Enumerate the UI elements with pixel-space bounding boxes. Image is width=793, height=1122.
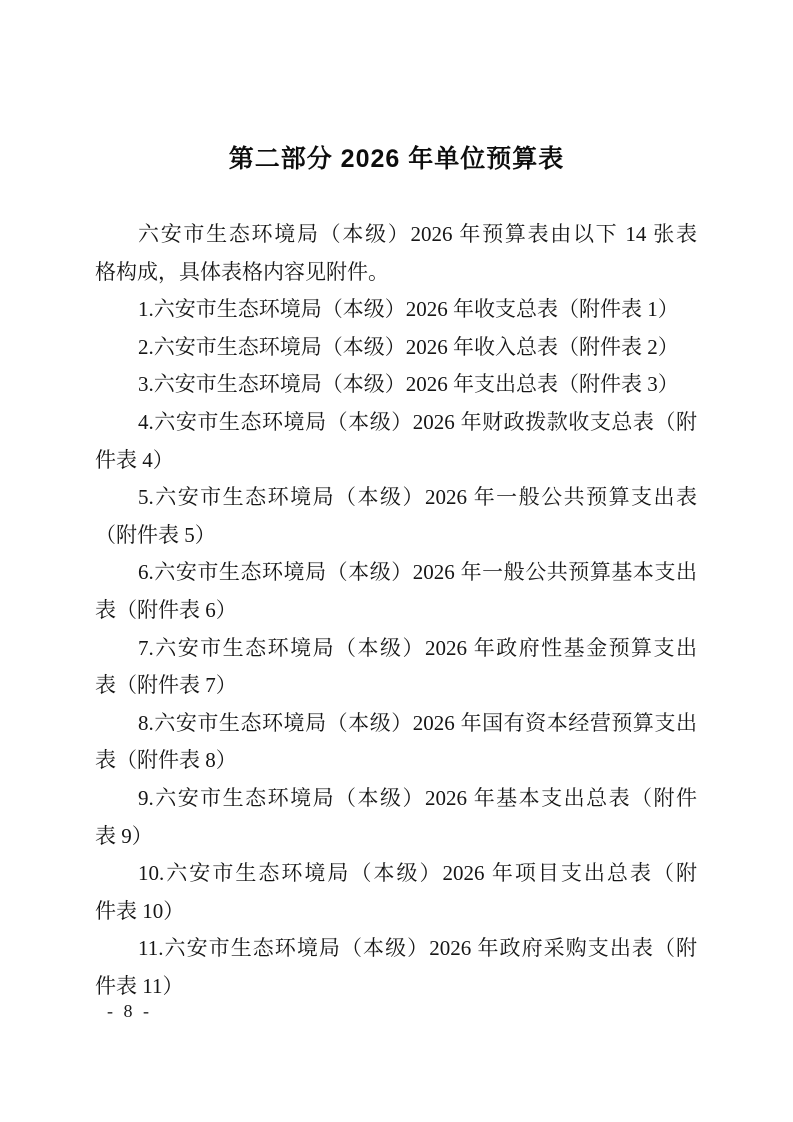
document-page: 第二部分 2026 年单位预算表 六安市生态环境局（本级）2026 年预算表由以… bbox=[0, 0, 793, 1122]
page-number: - 8 - bbox=[107, 999, 149, 1023]
intro-paragraph-line-1: 六安市生态环境局（本级）2026 年预算表由以下 14 张表 bbox=[95, 216, 697, 254]
list-item-5-line-2: （附件表 5） bbox=[95, 517, 697, 555]
document-body: 六安市生态环境局（本级）2026 年预算表由以下 14 张表 格构成，具体表格内… bbox=[95, 216, 697, 1005]
list-item-9-line-1: 9.六安市生态环境局（本级）2026 年基本支出总表（附件 bbox=[95, 780, 697, 818]
list-item-9-line-2: 表 9） bbox=[95, 818, 697, 856]
intro-paragraph-line-2: 格构成，具体表格内容见附件。 bbox=[95, 254, 697, 292]
list-item-8-line-2: 表（附件表 8） bbox=[95, 742, 697, 780]
list-item-7-line-2: 表（附件表 7） bbox=[95, 667, 697, 705]
list-item-4-line-1: 4.六安市生态环境局（本级）2026 年财政拨款收支总表（附 bbox=[95, 404, 697, 442]
list-item-2: 2.六安市生态环境局（本级）2026 年收入总表（附件表 2） bbox=[95, 329, 697, 367]
list-item-6-line-1: 6.六安市生态环境局（本级）2026 年一般公共预算基本支出 bbox=[95, 554, 697, 592]
page-title: 第二部分 2026 年单位预算表 bbox=[0, 142, 793, 176]
list-item-3: 3.六安市生态环境局（本级）2026 年支出总表（附件表 3） bbox=[95, 366, 697, 404]
list-item-11-line-2: 件表 11） bbox=[95, 968, 697, 1006]
list-item-10-line-2: 件表 10） bbox=[95, 893, 697, 931]
list-item-4-line-2: 件表 4） bbox=[95, 442, 697, 480]
list-item-11-line-1: 11.六安市生态环境局（本级）2026 年政府采购支出表（附 bbox=[95, 930, 697, 968]
list-item-6-line-2: 表（附件表 6） bbox=[95, 592, 697, 630]
list-item-5-line-1: 5.六安市生态环境局（本级）2026 年一般公共预算支出表 bbox=[95, 479, 697, 517]
list-item-1: 1.六安市生态环境局（本级）2026 年收支总表（附件表 1） bbox=[95, 291, 697, 329]
list-item-7-line-1: 7.六安市生态环境局（本级）2026 年政府性基金预算支出 bbox=[95, 630, 697, 668]
list-item-10-line-1: 10.六安市生态环境局（本级）2026 年项目支出总表（附 bbox=[95, 855, 697, 893]
list-item-8-line-1: 8.六安市生态环境局（本级）2026 年国有资本经营预算支出 bbox=[95, 705, 697, 743]
